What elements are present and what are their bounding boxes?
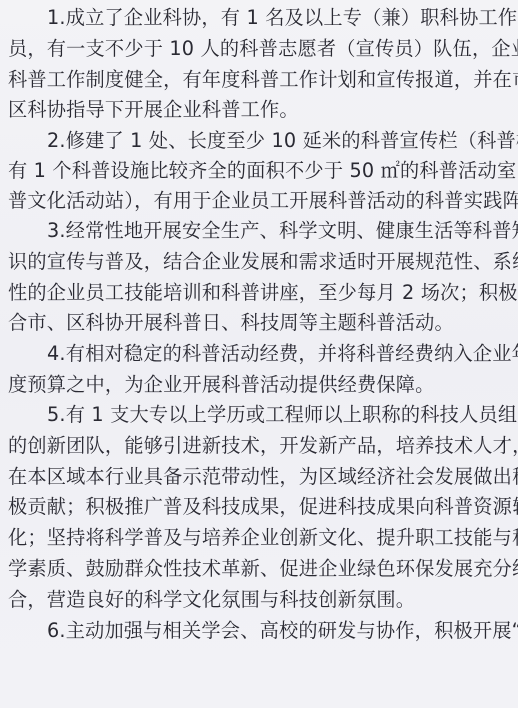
item-3-line-1: 3.经常性地开展安全生产、科学文明、健康生活等科普知 [47,216,513,246]
item-2-line-2: 有 1 个科普设施比较齐全的面积不少于 50 ㎡的科普活动室（科 [8,156,513,186]
item-5-line-7: 合，营造良好的科学文化氛围与科技创新氛围。 [8,585,513,615]
item-5-line-2: 的创新团队，能够引进新技术，开发新产品，培养技术人才， [8,431,513,461]
item-3-line-4: 合市、区科协开展科普日、科技周等主题科普活动。 [8,308,513,338]
item-5-line-6: 学素质、鼓励群众性技术革新、促进企业绿色环保发展充分结 [8,554,513,584]
item-2-line-3: 普文化活动站），有用于企业员工开展科普活动的科普实践阵地。 [8,186,513,216]
item-3-line-3: 性的企业员工技能培训和科普讲座，至少每月 2 场次；积极配 [8,278,513,308]
item-3-line-2: 识的宣传与普及，结合企业发展和需求适时开展规范性、系统 [8,247,513,277]
item-4-line-1: 4.有相对稳定的科普活动经费，并将科普经费纳入企业年 [47,339,513,369]
document-page: 1.成立了企业科协，有 1 名及以上专（兼）职科协工作人 员，有一支不少于 10… [0,0,518,708]
item-4-line-2: 度预算之中，为企业开展科普活动提供经费保障。 [8,370,513,400]
item-1-line-1: 1.成立了企业科协，有 1 名及以上专（兼）职科协工作人 [47,3,513,33]
item-1-line-4: 区科协指导下开展企业科普工作。 [8,95,513,125]
item-2-line-1: 2.修建了 1 处、长度至少 10 延米的科普宣传栏（科普橱窗）， [47,126,513,156]
item-1-line-2: 员，有一支不少于 10 人的科普志愿者（宣传员）队伍，企业 [8,34,513,64]
item-5-line-4: 极贡献；积极推广普及科技成果，促进科技成果向科普资源转 [8,492,513,522]
item-5-line-5: 化；坚持将科学普及与培养企业创新文化、提升职工技能与科 [8,523,513,553]
item-5-line-1: 5.有 1 支大专以上学历或工程师以上职称的科技人员组成 [47,400,513,430]
item-1-line-3: 科普工作制度健全，有年度科普工作计划和宣传报道，并在市、 [8,65,513,95]
item-5-line-3: 在本区域本行业具备示范带动性，为区域经济社会发展做出积 [8,462,513,492]
item-6-line-1: 6.主动加强与相关学会、高校的研发与协作，积极开展“企 [47,616,513,646]
